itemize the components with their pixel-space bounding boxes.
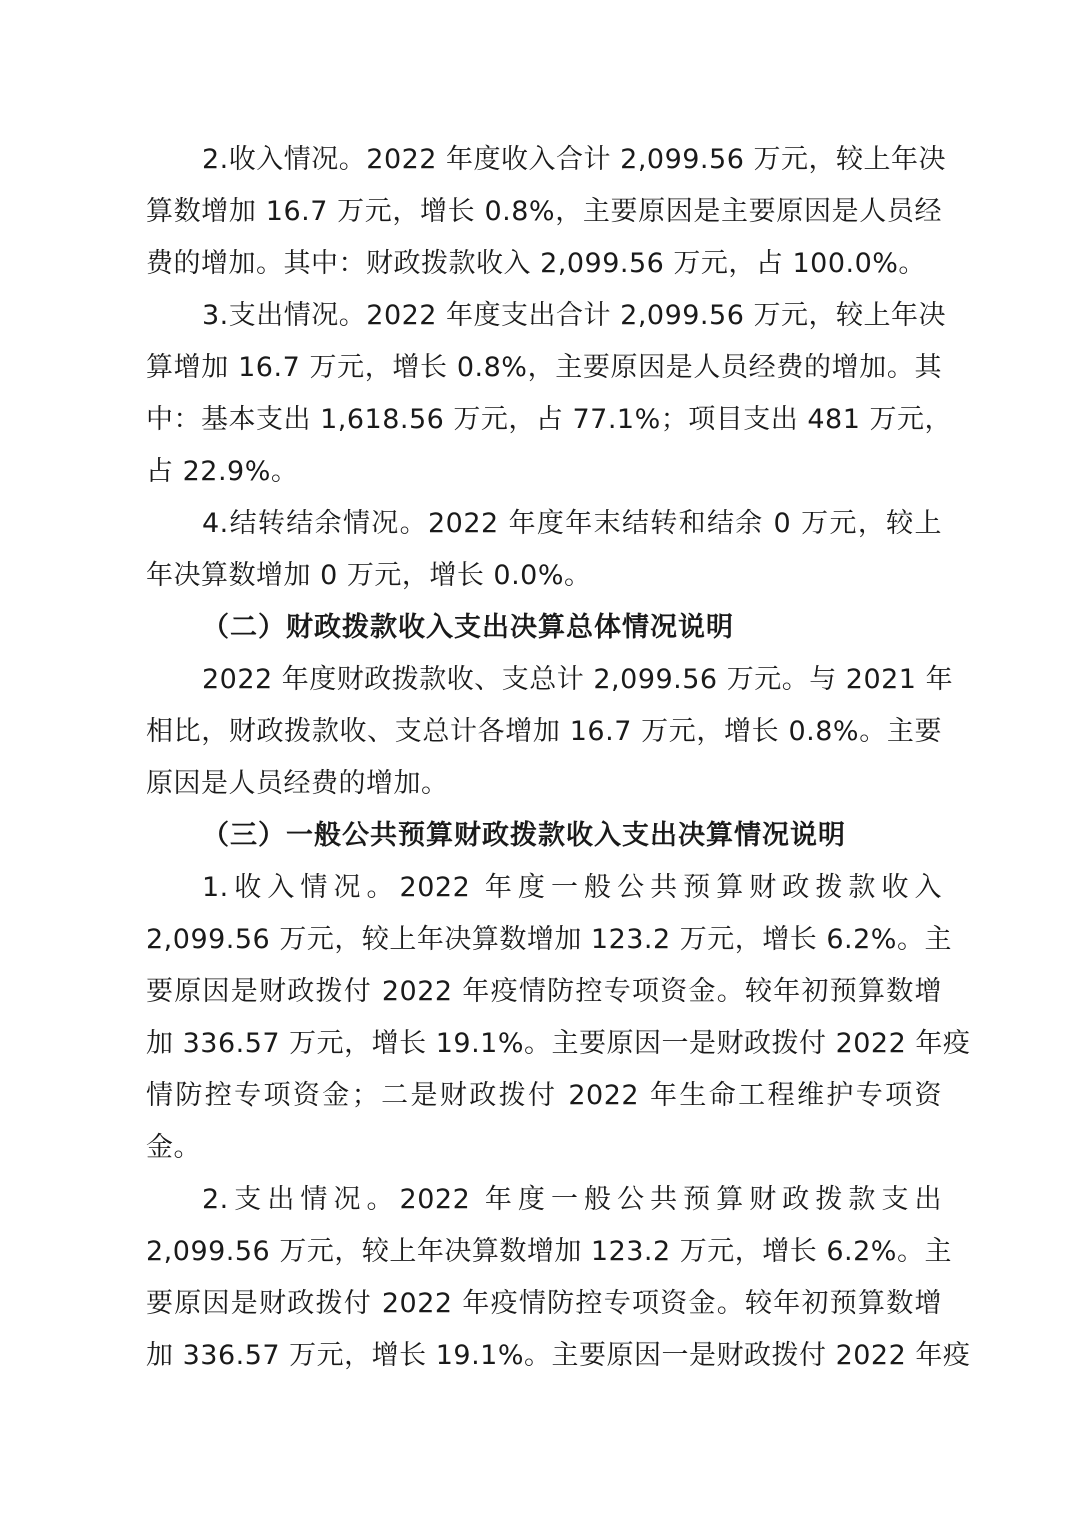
paragraph-income-line-3: 费的增加。其中：财政拨款收入 2,099.56 万元，占 100.0%。 (146, 244, 942, 284)
paragraph-expenditure-line-3: 中：基本支出 1,618.56 万元，占 77.1%；项目支出 481 万元， (146, 400, 942, 440)
paragraph-general-income-line-2: 2,099.56 万元，较上年决算数增加 123.2 万元，增长 6.2%。主 (146, 920, 942, 960)
paragraph-income-line-1: 2.收入情况。2022 年度收入合计 2,099.56 万元，较上年决 (202, 140, 942, 180)
paragraph-general-expenditure-line-3: 要原因是财政拨付 2022 年疫情防控专项资金。较年初预算数增 (146, 1284, 942, 1324)
paragraph-expenditure-line-2: 算增加 16.7 万元，增长 0.8%，主要原因是人员经费的增加。其 (146, 348, 942, 388)
paragraph-fiscal-total-line-2: 相比，财政拨款收、支总计各增加 16.7 万元，增长 0.8%。主要 (146, 712, 942, 752)
paragraph-general-expenditure-line-1: 2.支出情况。2022 年度一般公共预算财政拨款支出 (202, 1180, 942, 1220)
paragraph-general-income-line-3: 要原因是财政拨付 2022 年疫情防控专项资金。较年初预算数增 (146, 972, 942, 1012)
paragraph-fiscal-total-line-3: 原因是人员经费的增加。 (146, 764, 942, 804)
paragraph-general-income-line-4: 加 336.57 万元，增长 19.1%。主要原因一是财政拨付 2022 年疫 (146, 1024, 942, 1064)
paragraph-general-expenditure-line-4: 加 336.57 万元，增长 19.1%。主要原因一是财政拨付 2022 年疫 (146, 1336, 942, 1376)
section-heading-3: （三）一般公共预算财政拨款收入支出决算情况说明 (202, 816, 846, 856)
paragraph-expenditure-line-4: 占 22.9%。 (146, 452, 942, 492)
paragraph-general-income-line-1: 1.收入情况。2022 年度一般公共预算财政拨款收入 (202, 868, 942, 908)
paragraph-general-expenditure-line-2: 2,099.56 万元，较上年决算数增加 123.2 万元，增长 6.2%。主 (146, 1232, 942, 1272)
paragraph-general-income-line-5: 情防控专项资金；二是财政拨付 2022 年生命工程维护专项资 (146, 1076, 942, 1116)
section-heading-2: （二）财政拨款收入支出决算总体情况说明 (202, 608, 734, 648)
paragraph-general-income-line-6: 金。 (146, 1128, 942, 1168)
paragraph-expenditure-line-1: 3.支出情况。2022 年度支出合计 2,099.56 万元，较上年决 (202, 296, 942, 336)
paragraph-carryover-line-2: 年决算数增加 0 万元，增长 0.0%。 (146, 556, 942, 596)
paragraph-carryover-line-1: 4.结转结余情况。2022 年度年末结转和结余 0 万元，较上 (202, 504, 942, 544)
paragraph-income-line-2: 算数增加 16.7 万元，增长 0.8%，主要原因是主要原因是人员经 (146, 192, 942, 232)
paragraph-fiscal-total-line-1: 2022 年度财政拨款收、支总计 2,099.56 万元。与 2021 年 (202, 660, 942, 700)
document-page: 2.收入情况。2022 年度收入合计 2,099.56 万元，较上年决 算数增加… (0, 0, 1074, 1520)
